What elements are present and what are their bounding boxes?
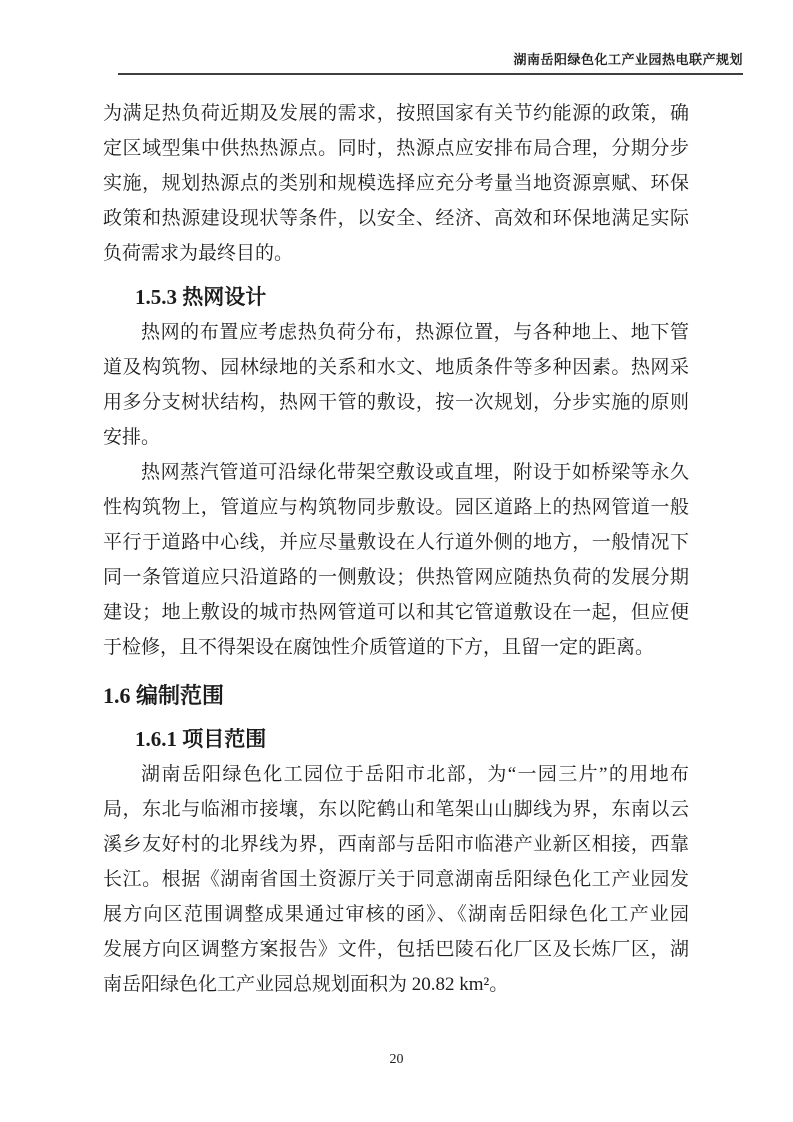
text-line: 性构筑物上，管道应与构筑物同步敷设。园区道路上的热网管道一般 <box>103 490 689 525</box>
header-divider-rule <box>118 73 743 75</box>
text-line: 热网的布置应考虑热负荷分布，热源位置，与各种地上、地下管 <box>103 315 689 350</box>
text-line: 安排。 <box>103 420 689 455</box>
text-line: 湖南岳阳绿色化工园位于岳阳市北部，为“一园三片”的用地布 <box>103 757 689 792</box>
text-line: 平行于道路中心线，并应尽量敷设在人行道外侧的地方，一般情况下 <box>103 525 689 560</box>
text-line: 用多分支树状结构，热网干管的敷设，按一次规划，分步实施的原则 <box>103 385 689 420</box>
document-page: 湖南岳阳绿色化工产业园热电联产规划 为满足热负荷近期及发展的需求，按照国家有关节… <box>0 0 793 1122</box>
paragraph-project-scope: 湖南岳阳绿色化工园位于岳阳市北部，为“一园三片”的用地布局，东北与临湘市接壤，东… <box>103 757 689 1002</box>
paragraph-heat-network-layout: 热网的布置应考虑热负荷分布，热源位置，与各种地上、地下管道及构筑物、园林绿地的关… <box>103 315 689 455</box>
text-line: 建设；地上敷设的城市热网管道可以和其它管道敷设在一起，但应便 <box>103 595 689 630</box>
section-heading-1-6: 1.6 编制范围 <box>103 678 689 713</box>
text-line: 政策和热源建设现状等条件，以安全、经济、高效和环保地满足实际 <box>103 201 689 236</box>
text-line: 道及构筑物、园林绿地的关系和水文、地质条件等多种因素。热网采 <box>103 350 689 385</box>
text-line: 长江。根据《湖南省国土资源厅关于同意湖南岳阳绿色化工产业园发 <box>103 862 689 897</box>
text-line: 展方向区范围调整成果通过审核的函》、《湖南岳阳绿色化工产业园 <box>103 897 689 932</box>
page-number: 20 <box>0 1050 793 1070</box>
text-line: 实施，规划热源点的类别和规模选择应充分考量当地资源禀赋、环保 <box>103 166 689 201</box>
section-heading-1-5-3: 1.5.3 热网设计 <box>103 280 689 315</box>
text-line: 定区域型集中供热热源点。同时，热源点应安排布局合理，分期分步 <box>103 131 689 166</box>
header-running-title: 湖南岳阳绿色化工产业园热电联产规划 <box>118 50 743 70</box>
document-body: 为满足热负荷近期及发展的需求，按照国家有关节约能源的政策，确定区域型集中供热热源… <box>103 96 689 1002</box>
text-line: 同一条管道应只沿道路的一侧敷设；供热管网应随热负荷的发展分期 <box>103 560 689 595</box>
paragraph-intro-continuation: 为满足热负荷近期及发展的需求，按照国家有关节约能源的政策，确定区域型集中供热热源… <box>103 96 689 271</box>
text-line: 南岳阳绿色化工产业园总规划面积为 20.82 km²。 <box>103 967 689 1002</box>
text-line: 局，东北与临湘市接壤，东以陀鹤山和笔架山山脚线为界，东南以云 <box>103 792 689 827</box>
text-line: 发展方向区调整方案报告》文件，包括巴陵石化厂区及长炼厂区，湖 <box>103 932 689 967</box>
text-line: 负荷需求为最终目的。 <box>103 236 689 271</box>
text-line: 为满足热负荷近期及发展的需求，按照国家有关节约能源的政策，确 <box>103 96 689 131</box>
text-line: 溪乡友好村的北界线为界，西南部与岳阳市临港产业新区相接，西靠 <box>103 827 689 862</box>
paragraph-steam-pipeline: 热网蒸汽管道可沿绿化带架空敷设或直埋，附设于如桥梁等永久性构筑物上，管道应与构筑… <box>103 455 689 665</box>
text-line: 热网蒸汽管道可沿绿化带架空敷设或直埋，附设于如桥梁等永久 <box>103 455 689 490</box>
text-line: 于检修，且不得架设在腐蚀性介质管道的下方，且留一定的距离。 <box>103 630 689 665</box>
section-heading-1-6-1: 1.6.1 项目范围 <box>103 722 689 757</box>
